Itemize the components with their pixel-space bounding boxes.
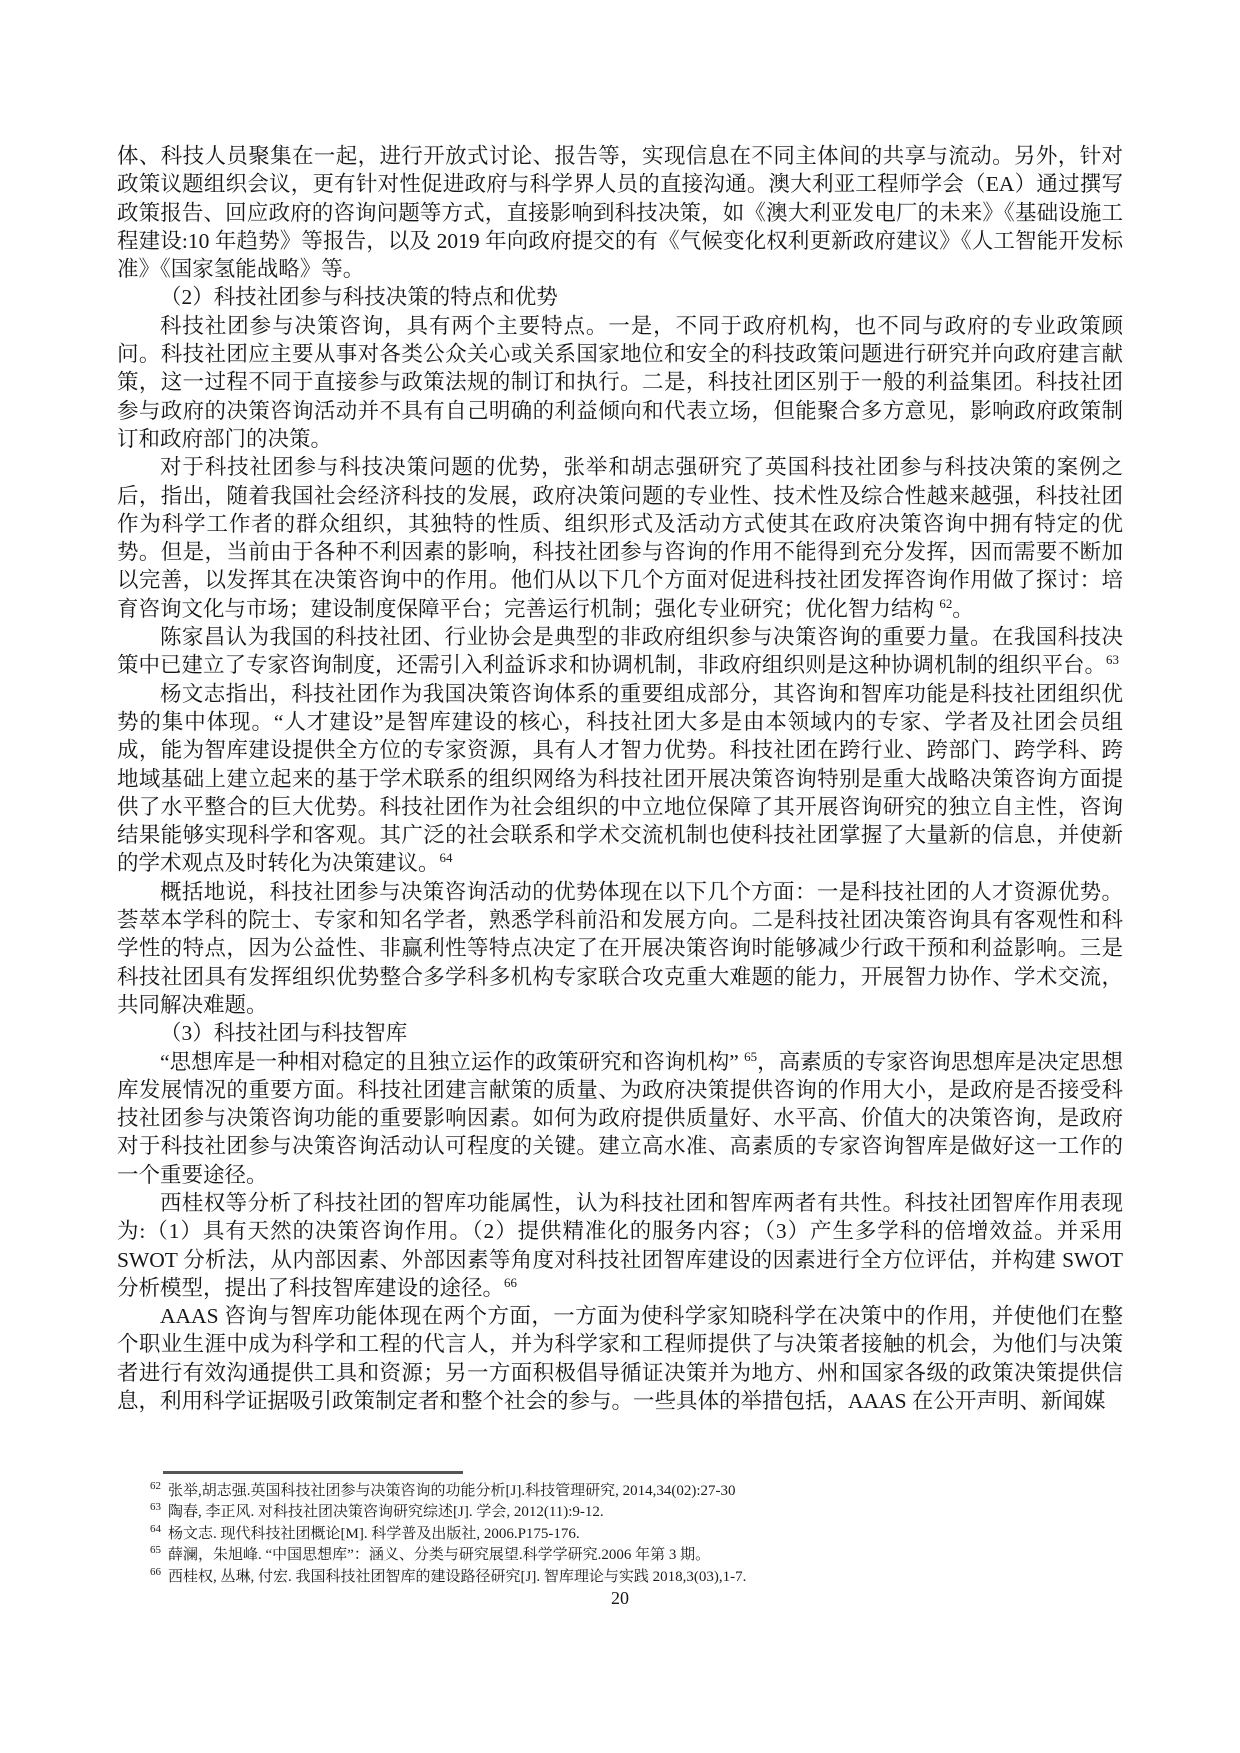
text-run: “思想库是一种相对稳定的且独立运作的政策研究和咨询机构” <box>160 1050 744 1074</box>
footnote-ref-65: 65 <box>744 1049 757 1063</box>
text-run: （3）科技社团与科技智库 <box>160 1021 407 1045</box>
paragraph-zhangju-huzhiqiang: 对于科技社团参与科技决策问题的优势，张举和胡志强研究了英国科技社团参与科技决策的… <box>117 453 1123 623</box>
footnote-marker: 64 <box>150 1524 161 1535</box>
footnote-marker: 62 <box>150 1481 161 1492</box>
text-run: 概括地说，科技社团参与决策咨询活动的优势体现在以下几个方面：一是科技社团的人才资… <box>117 880 1123 1017</box>
footnote-marker: 63 <box>150 1502 161 1513</box>
text-run: 陈家昌认为我国的科技社团、行业协会是典型的非政府组织参与决策咨询的重要力量。在我… <box>117 625 1123 677</box>
paragraph-two-features: 科技社团参与决策咨询，具有两个主要特点。一是，不同于政府机构，也不同与政府的专业… <box>117 312 1123 453</box>
text-run: AAAS 咨询与智库功能体现在两个方面，一方面为使科学家知晓科学在决策中的作用，… <box>117 1304 1123 1413</box>
footnote-marker: 65 <box>150 1545 161 1556</box>
footnote-ref-66: 66 <box>504 1276 517 1290</box>
document-page: 体、科技人员聚集在一起，进行开放式讨论、报告等，实现信息在不同主体间的共享与流动… <box>0 0 1240 1753</box>
footnote-65: 65薛澜，朱旭峰. “中国思想库”：涵义、分类与研究展望.科学学研究.2006 … <box>150 1545 1150 1566</box>
paragraph-summary-advantages: 概括地说，科技社团参与决策咨询活动的优势体现在以下几个方面：一是科技社团的人才资… <box>117 878 1123 1019</box>
paragraph-think-tank-definition: “思想库是一种相对稳定的且独立运作的政策研究和咨询机构” 65，高素质的专家咨询… <box>117 1048 1123 1189</box>
paragraph-continuation: 体、科技人员聚集在一起，进行开放式讨论、报告等，实现信息在不同主体间的共享与流动… <box>117 142 1123 283</box>
footnote-ref-62: 62 <box>939 597 952 611</box>
footnote-ref-64: 64 <box>440 851 453 865</box>
footnote-62: 62张举,胡志强.英国科技社团参与决策咨询的功能分析[J].科技管理研究, 20… <box>150 1481 1150 1502</box>
text-run: 。 <box>952 597 974 621</box>
footnote-66: 66西桂权, 丛琳, 付宏. 我国科技社团智库的建设路径研究[J]. 智库理论与… <box>150 1567 1150 1588</box>
text-run: 西桂权等分析了科技社团的智库功能属性，认为科技社团和智库两者有共性。科技社团智库… <box>117 1191 1123 1300</box>
page-number: 20 <box>0 1588 1240 1609</box>
footnote-text: 西桂权, 丛琳, 付宏. 我国科技社团智库的建设路径研究[J]. 智库理论与实践… <box>168 1569 746 1585</box>
footnote-text: 杨文志. 现代科技社团概论[M]. 科学普及出版社, 2006.P175-176… <box>168 1526 580 1542</box>
paragraph-aaas: AAAS 咨询与智库功能体现在两个方面，一方面为使科学家知晓科学在决策中的作用，… <box>117 1302 1123 1415</box>
section-2-heading: （2）科技社团参与科技决策的特点和优势 <box>117 283 1123 311</box>
text-run: 杨文志指出，科技社团作为我国决策咨询体系的重要组成部分，其咨询和智库功能是科技社… <box>117 682 1123 876</box>
paragraph-yangwenzhi: 杨文志指出，科技社团作为我国决策咨询体系的重要组成部分，其咨询和智库功能是科技社… <box>117 680 1123 878</box>
section-3-heading: （3）科技社团与科技智库 <box>117 1019 1123 1047</box>
body-text: 体、科技人员聚集在一起，进行开放式讨论、报告等，实现信息在不同主体间的共享与流动… <box>117 142 1123 1464</box>
footnote-ref-63: 63 <box>1106 653 1119 667</box>
text-run: 科技社团参与决策咨询，具有两个主要特点。一是，不同于政府机构，也不同与政府的专业… <box>117 314 1123 451</box>
footnote-63: 63陶春, 李正风. 对科技社团决策咨询研究综述[J]. 学会, 2012(11… <box>150 1502 1150 1523</box>
footnotes: 62张举,胡志强.英国科技社团参与决策咨询的功能分析[J].科技管理研究, 20… <box>150 1481 1150 1588</box>
footnote-separator <box>163 1471 463 1474</box>
footnote-text: 薛澜，朱旭峰. “中国思想库”：涵义、分类与研究展望.科学学研究.2006 年第… <box>168 1547 710 1563</box>
text-run: （2）科技社团参与科技决策的特点和优势 <box>160 285 558 309</box>
footnote-64: 64杨文志. 现代科技社团概论[M]. 科学普及出版社, 2006.P175-1… <box>150 1524 1150 1545</box>
footnote-text: 陶春, 李正风. 对科技社团决策咨询研究综述[J]. 学会, 2012(11):… <box>168 1504 604 1520</box>
paragraph-chenjiachang: 陈家昌认为我国的科技社团、行业协会是典型的非政府组织参与决策咨询的重要力量。在我… <box>117 623 1123 680</box>
text-run: 体、科技人员聚集在一起，进行开放式讨论、报告等，实现信息在不同主体间的共享与流动… <box>117 144 1123 281</box>
paragraph-xiguiquan: 西桂权等分析了科技社团的智库功能属性，认为科技社团和智库两者有共性。科技社团智库… <box>117 1189 1123 1302</box>
footnote-text: 张举,胡志强.英国科技社团参与决策咨询的功能分析[J].科技管理研究, 2014… <box>168 1483 735 1499</box>
footnote-marker: 66 <box>150 1567 161 1578</box>
